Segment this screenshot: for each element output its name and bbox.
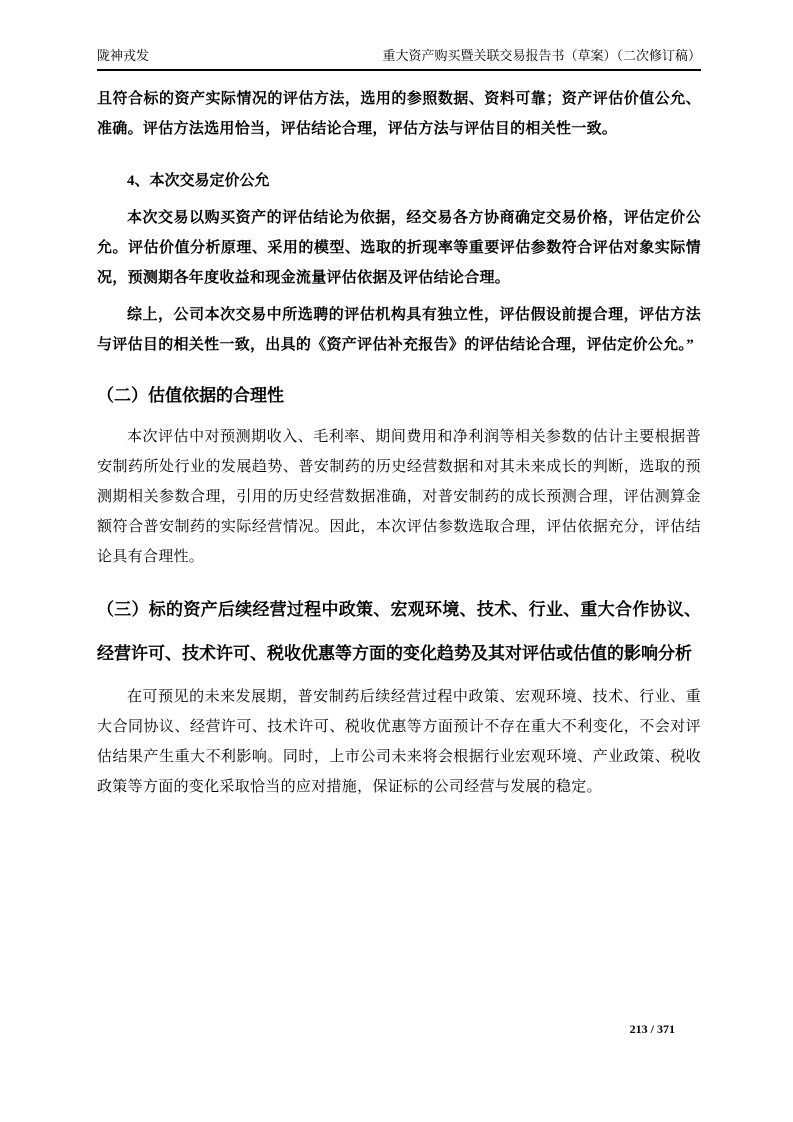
page-header: 陇神戎发 重大资产购买暨关联交易报告书（草案）（二次修订稿） (97, 48, 701, 71)
page-body: 且符合标的资产实际情况的评估方法，选用的参照数据、资料可靠；资产评估价值公允、准… (97, 84, 701, 809)
header-company-name: 陇神戎发 (97, 48, 149, 64)
document-page: 陇神戎发 重大资产购买暨关联交易报告书（草案）（二次修订稿） 且符合标的资产实际… (0, 0, 793, 1122)
page-number: 213 / 371 (630, 1022, 675, 1037)
header-report-title: 重大资产购买暨关联交易报告书（草案）（二次修订稿） (382, 48, 701, 64)
paragraph-continuation: 且符合标的资产实际情况的评估方法，选用的参照数据、资料可靠；资产评估价值公允、准… (97, 84, 701, 144)
section-heading-valuation-basis: （二）估值依据的合理性 (97, 382, 701, 410)
paragraph-valuation-basis: 本次评估中对预测期收入、毛利率、期间费用和净利润等相关参数的估计主要根据普安制药… (97, 422, 701, 572)
section-heading-change-trend-analysis: （三）标的资产后续经营过程中政策、宏观环境、技术、行业、重大合作协议、经营许可、… (97, 588, 701, 676)
paragraph-change-trend-analysis: 在可预见的未来发展期，普安制药后续经营过程中政策、宏观环境、技术、行业、重大合同… (97, 682, 701, 802)
paragraph-summary-conclusion: 综上，公司本次交易中所选聘的评估机构具有独立性，评估假设前提合理，评估方法与评估… (97, 300, 701, 360)
paragraph-transaction-pricing: 本次交易以购买资产的评估结论为依据，经交易各方协商确定交易价格，评估定价公允。评… (97, 203, 701, 293)
numbered-heading-pricing-fairness: 4、本次交易定价公允 (97, 166, 701, 196)
